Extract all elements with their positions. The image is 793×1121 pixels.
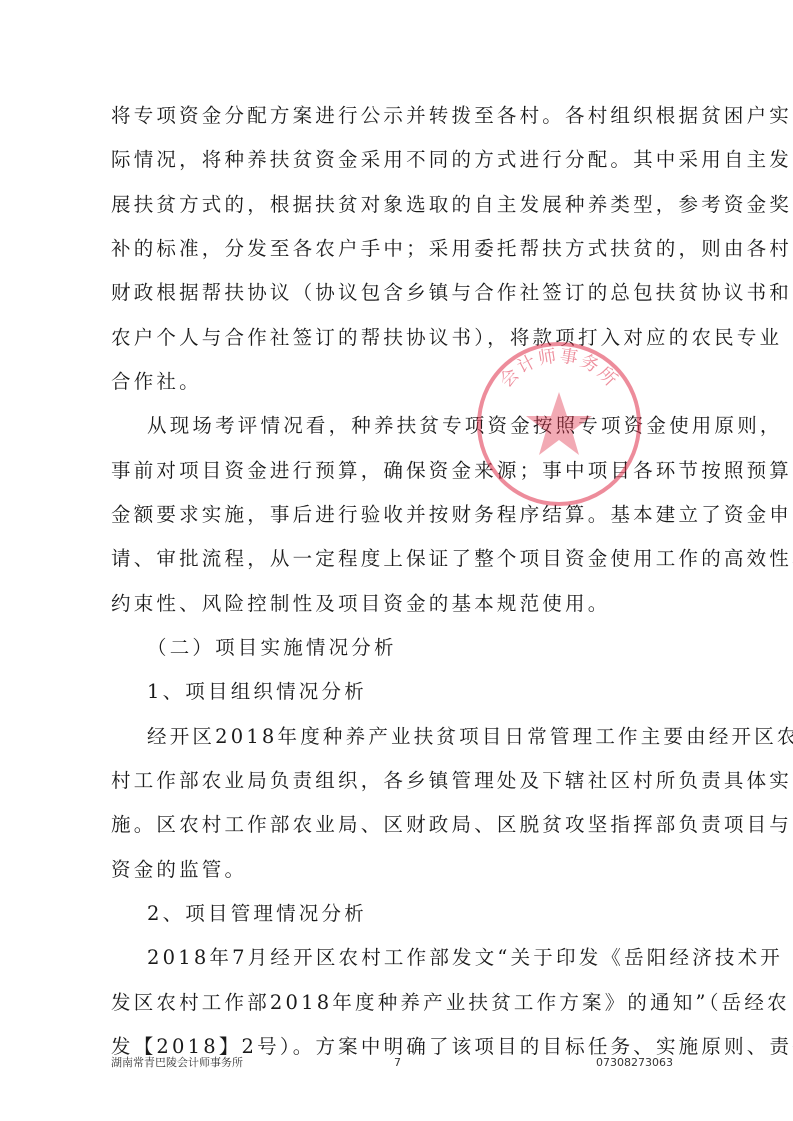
subsection-heading: 2、项目管理情况分析 <box>147 902 721 926</box>
text-line: 事前对项目资金进行预算，确保资金来源；事中项目各环节按照预算 <box>111 459 685 483</box>
text-line: 农户个人与合作社签订的帮扶协议书），将款项打入对应的农民专业 <box>111 326 685 350</box>
text-line: 约束性、风险控制性及项目资金的基本规范使用。 <box>111 592 685 616</box>
text-line: 施。区农村工作部农业局、区财政局、区脱贫攻坚指挥部负责项目与 <box>111 813 685 837</box>
footer-phone: 07308273063 <box>596 1056 673 1070</box>
text-line: 将专项资金分配方案进行公示并转拨至各村。各村组织根据贫困户实 <box>111 104 685 128</box>
subsection-heading: 1、项目组织情况分析 <box>147 680 721 704</box>
footer-page-number: 7 <box>394 1056 401 1070</box>
text-line: 财政根据帮扶协议（协议包含乡镇与合作社签订的总包扶贫协议书和 <box>111 281 685 305</box>
text-line: 际情况，将种养扶贫资金采用不同的方式进行分配。其中采用自主发 <box>111 148 685 172</box>
text-line: 补的标准，分发至各农户手中；采用委托帮扶方式扶贫的，则由各村 <box>111 237 685 261</box>
text-line: 资金的监管。 <box>111 858 685 882</box>
footer-firm-name: 湖南常青巴陵会计师事务所 <box>111 1056 243 1070</box>
text-line: 请、审批流程，从一定程度上保证了整个项目资金使用工作的高效性、 <box>111 547 685 571</box>
text-line: 经开区2018年度种养产业扶贫项目日常管理工作主要由经开区农 <box>147 725 721 749</box>
text-line: 发区农村工作部2018年度种养产业扶贫工作方案》的通知”（岳经农 <box>111 991 685 1015</box>
text-line: 村工作部农业局负责组织，各乡镇管理处及下辖社区村所负责具体实 <box>111 769 685 793</box>
section-heading: （二）项目实施情况分析 <box>147 636 721 660</box>
text-line: 展扶贫方式的，根据扶贫对象选取的自主发展种养类型，参考资金奖 <box>111 193 685 217</box>
text-line: 2018年7月经开区农村工作部发文“关于印发《岳阳经济技术开 <box>147 946 721 970</box>
document-page: 将专项资金分配方案进行公示并转拨至各村。各村组织根据贫困户实 际情况，将种养扶贫… <box>0 0 793 1121</box>
text-line: 合作社。 <box>111 370 685 394</box>
text-line: 从现场考评情况看，种养扶贫专项资金按照专项资金使用原则， <box>147 414 721 438</box>
text-line: 金额要求实施，事后进行验收并按财务程序结算。基本建立了资金申 <box>111 503 685 527</box>
